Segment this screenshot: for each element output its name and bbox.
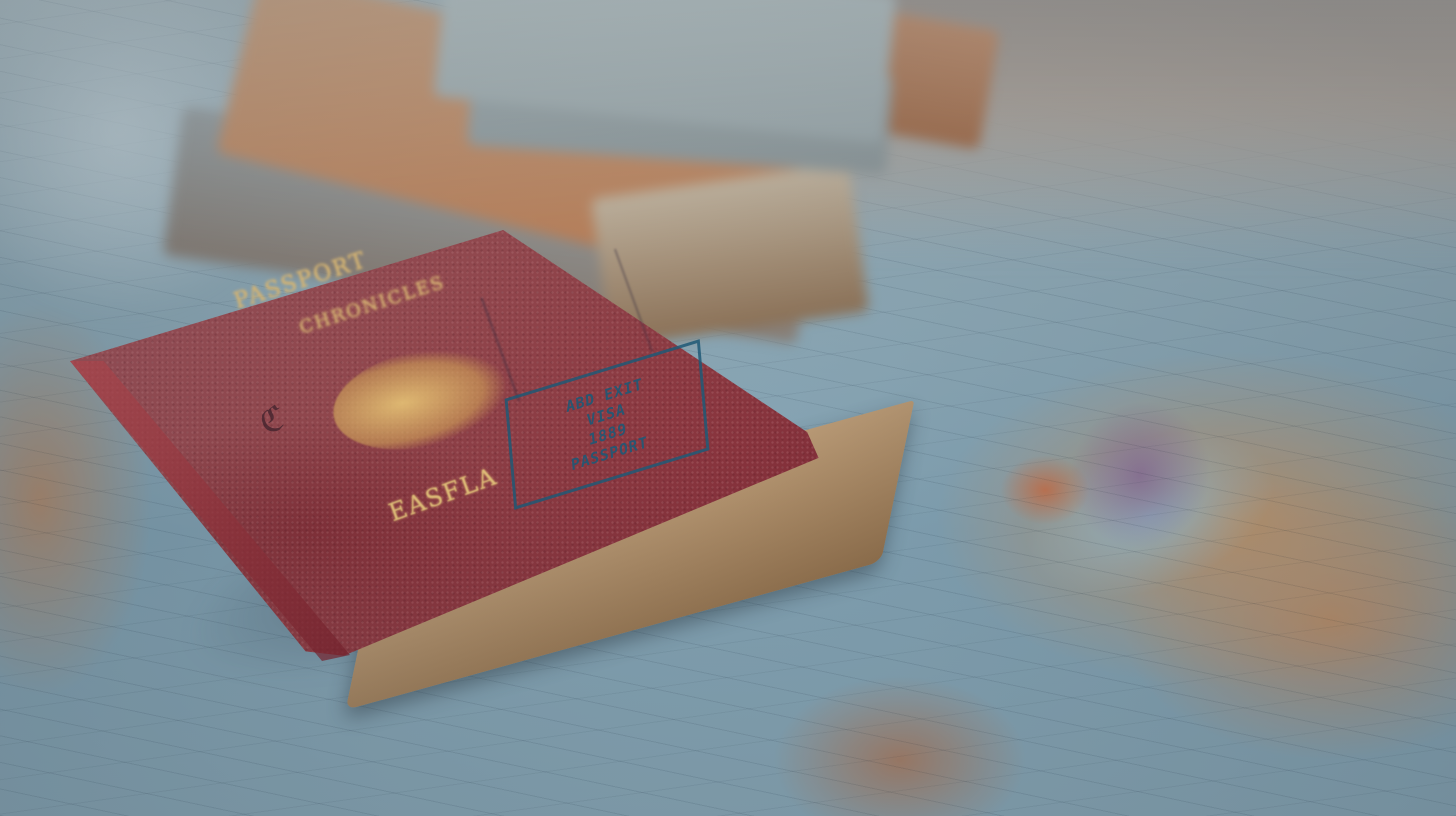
main-passport: PASSPORT CHRONICLES ℭ ABD EXIT VISA 1889… [70, 230, 830, 660]
photo-scene: PASSPORT CHRONICLES ℭ ABD EXIT VISA 1889… [0, 0, 1456, 816]
